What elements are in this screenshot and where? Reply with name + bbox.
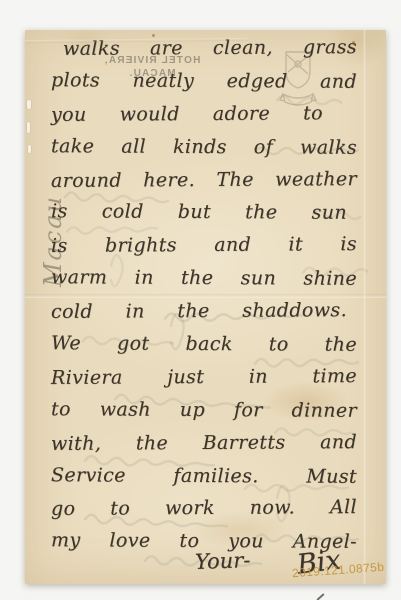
stain-fleck (352, 41, 355, 45)
letter-line: Riviera just in time (51, 360, 357, 395)
letter-line: with, the Barretts and (51, 426, 357, 461)
pen-tick-mark (316, 593, 324, 600)
letter-line: warm in the sun shine (51, 261, 357, 295)
letter-line: We got back to the (51, 327, 357, 361)
letter-line: walks are clean, grass (51, 31, 357, 66)
paper-damage-speck (27, 122, 30, 133)
letter-page: HOTEL RIVIERA, MACAU. Macau walks are cl… (25, 30, 386, 584)
letter-line: around here. The weather (51, 163, 357, 198)
letter-line: is brights and it is (51, 228, 357, 263)
letter-line: Service families. Must (51, 459, 357, 493)
letter-line: to wash up for dinner (51, 393, 357, 427)
letter-line: is cold but the sun (51, 196, 357, 230)
letter-line: plots neatly edged and (51, 64, 357, 98)
paper-damage-speck (27, 100, 31, 109)
vertical-crease (363, 30, 366, 584)
scan-background: HOTEL RIVIERA, MACAU. Macau walks are cl… (0, 0, 401, 600)
paper-damage-speck (28, 145, 31, 153)
letter-line: cold in the shaddows. (51, 294, 357, 329)
letter-line: take all kinds of walks (51, 130, 357, 164)
fold-crease (25, 294, 386, 298)
letter-line: go to work now. All (51, 492, 357, 527)
stain-fleck (321, 377, 325, 380)
closing-valediction: Your- (195, 548, 251, 574)
letter-line: you would adore to (51, 97, 357, 132)
stain-fleck (152, 34, 155, 37)
